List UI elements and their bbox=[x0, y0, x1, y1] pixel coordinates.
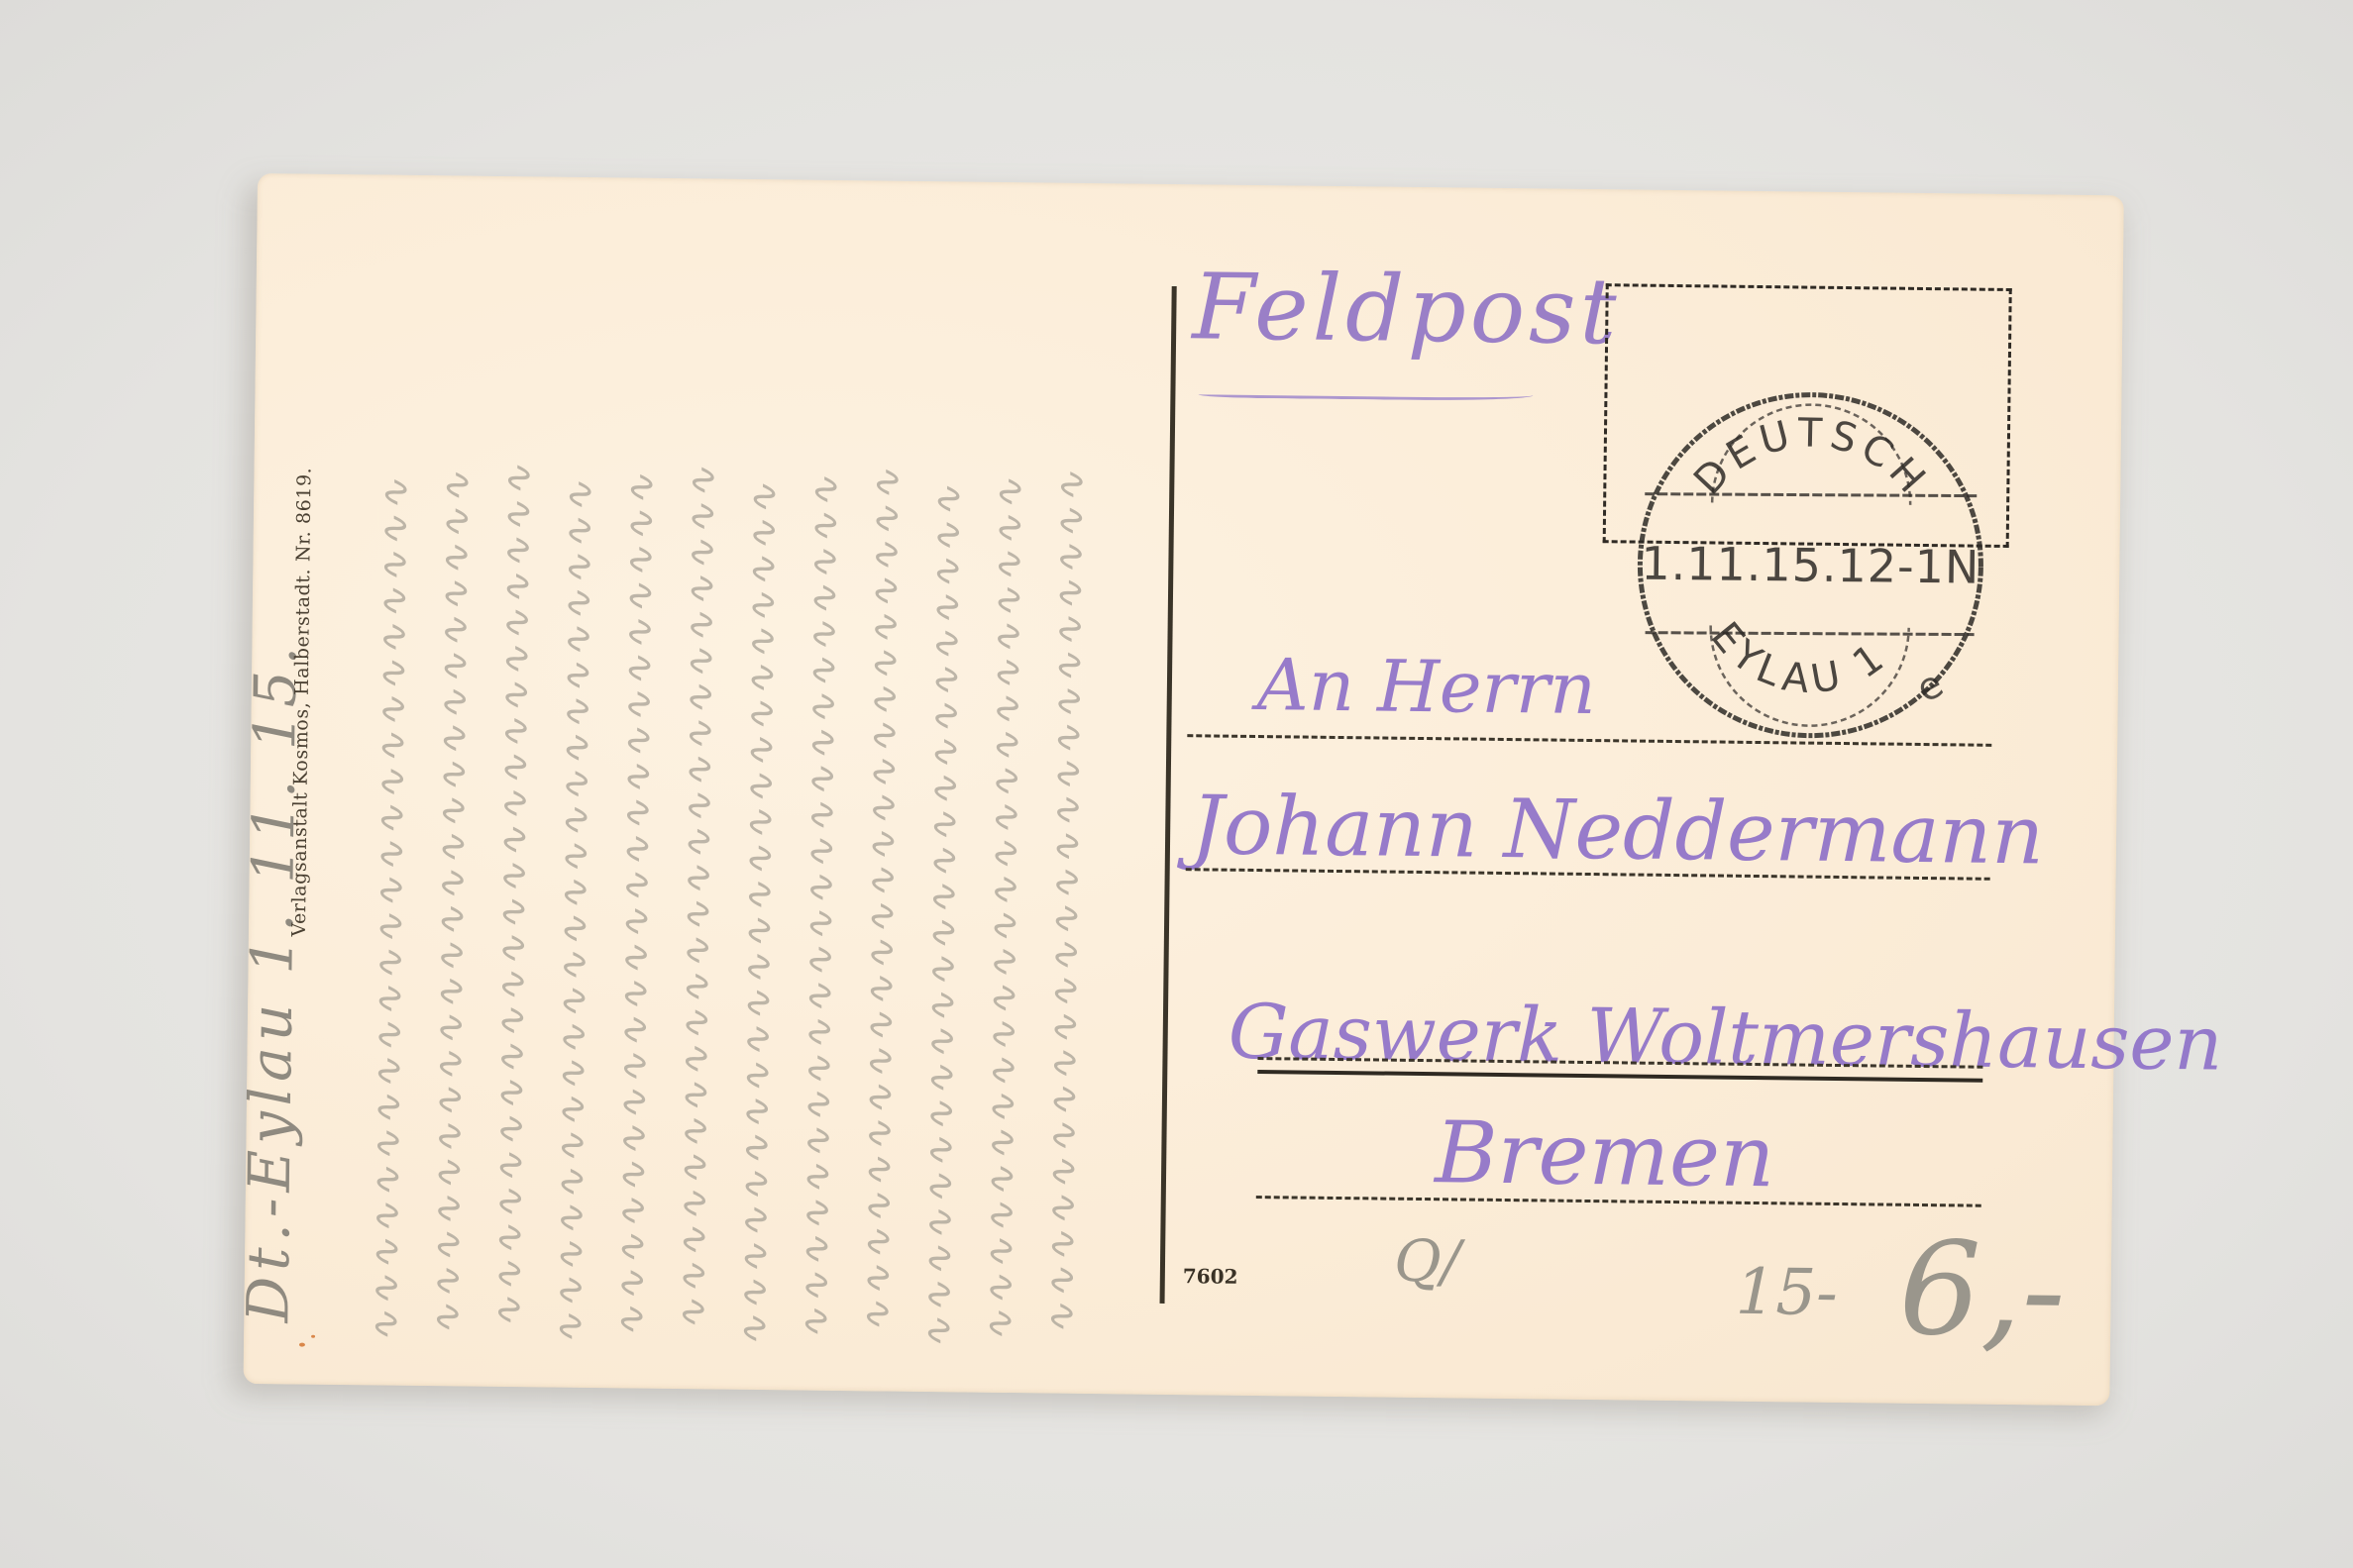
message-line: ∿∿∿∿∿∿∿∿∿∿∿∿∿∿∿∿∿∿∿∿∿∿∿∿ bbox=[424, 469, 480, 1337]
pencil-note-2: 15- bbox=[1735, 1256, 1838, 1330]
publisher-imprint: Verlagsanstalt Kosmos, Halberstadt. Nr. … bbox=[288, 467, 316, 936]
message-line: ∿∿∿∿∿∿∿∿∿∿∿∿∿∿∿∿∿∿∿∿∿∿∿∿ bbox=[363, 475, 418, 1344]
message-line: ∿∿∿∿∿∿∿∿∿∿∿∿∿∿∿∿∿∿∿∿∿∿∿∿ bbox=[547, 477, 602, 1346]
message-line: ∿∿∿∿∿∿∿∿∿∿∿∿∿∿∿∿∿∿∿∿∿∿∿∿ bbox=[1038, 468, 1094, 1336]
address-salutation: An Herrn bbox=[1256, 643, 1596, 730]
pencil-note-1: Q/ bbox=[1394, 1227, 1461, 1296]
message-line: ∿∿∿∿∿∿∿∿∿∿∿∿∿∿∿∿∿∿∿∿∿∿∿∿ bbox=[793, 472, 848, 1341]
message-line: ∿∿∿∿∿∿∿∿∿∿∿∿∿∿∿∿∿∿∿∿∿∿∿∿ bbox=[485, 462, 541, 1330]
postmark-suffix: e bbox=[1909, 662, 1951, 711]
postcard: Dt.-Eylau 1. 11. 15. ∿∿∿∿∿∿∿∿∿∿∿∿∿∿∿∿∿∿∿… bbox=[243, 173, 2123, 1406]
address-name: Johann Neddermann bbox=[1191, 779, 2045, 883]
message-line: ∿∿∿∿∿∿∿∿∿∿∿∿∿∿∿∿∿∿∿∿∿∿∿∿ bbox=[670, 464, 725, 1332]
message-line: ∿∿∿∿∿∿∿∿∿∿∿∿∿∿∿∿∿∿∿∿∿∿∿∿ bbox=[977, 474, 1032, 1343]
message-line: ∿∿∿∿∿∿∿∿∿∿∿∿∿∿∿∿∿∿∿∿∿∿∿∿ bbox=[854, 466, 909, 1334]
message-line: ∿∿∿∿∿∿∿∿∿∿∿∿∿∿∿∿∿∿∿∿∿∿∿∿ bbox=[915, 482, 971, 1351]
foxing-spot bbox=[311, 1335, 315, 1338]
postmark-top-text: DEUTSCH bbox=[1685, 409, 1939, 506]
pencil-price: 6,- bbox=[1898, 1213, 2067, 1366]
feldpost-marking: Feldpost bbox=[1192, 254, 1621, 365]
center-divider bbox=[1160, 286, 1177, 1304]
message-line: ∿∿∿∿∿∿∿∿∿∿∿∿∿∿∿∿∿∿∿∿∿∿∿∿ bbox=[731, 479, 787, 1348]
message-line: ∿∿∿∿∿∿∿∿∿∿∿∿∿∿∿∿∿∿∿∿∿∿∿∿ bbox=[608, 470, 664, 1339]
svg-text:DEUTSCH: DEUTSCH bbox=[1685, 409, 1939, 506]
foxing-spot bbox=[299, 1343, 305, 1347]
feldpost-underline bbox=[1198, 382, 1533, 401]
svg-text:EYLAU 1: EYLAU 1 bbox=[1701, 613, 1897, 703]
card-number: 7602 bbox=[1183, 1264, 1238, 1289]
postmark-bottom-text: EYLAU 1 bbox=[1701, 613, 1897, 703]
postmark-cancellation: DEUTSCH 1.11.15.12-1N EYLAU 1 e bbox=[1630, 385, 1990, 746]
postmark-date: 1.11.15.12-1N bbox=[1641, 537, 1980, 594]
address-city: Bremen bbox=[1435, 1103, 1775, 1206]
